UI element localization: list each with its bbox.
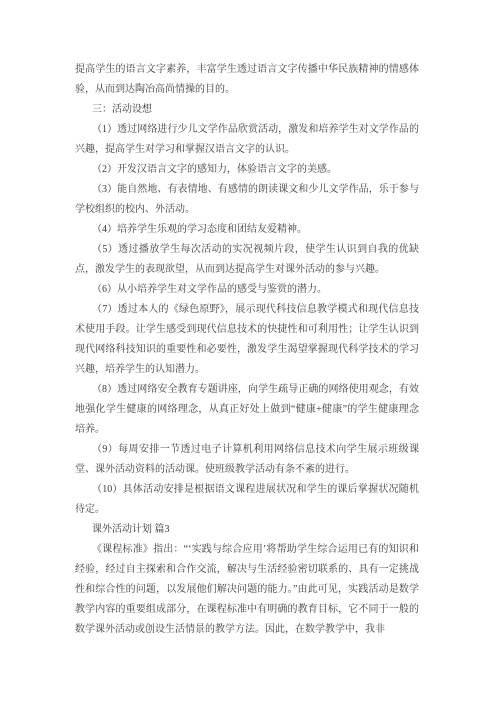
paragraph: （4）培养学生乐观的学习态度和团结友爱精神。 xyxy=(75,220,419,240)
document-body: 提高学生的语言文字素养，丰富学生透过语言文字传播中华民族精神的情感体验，从而到达… xyxy=(75,60,419,640)
paragraph: （7）透过本人的《绿色原野》，展示现代科技信息教学模式和现代信息技术使用手段。让… xyxy=(75,300,419,380)
paragraph: 《课程标准》指出：“‘实践与综合应用’将帮助学生综合运用已有的知识和经验，经过自… xyxy=(75,540,419,640)
paragraph: （10）具体活动安排是根据语文课程进展状况和学生的课后掌握状况随机待定。 xyxy=(75,480,419,520)
paragraph: （3）能自然地、有表情地、有感情的朗读课文和少儿文学作品，乐于参与学校组织的校内… xyxy=(75,180,419,220)
paragraph: （8）透过网络安全教育专题讲座，向学生疏导正确的网络使用观念，有效地强化学生健康… xyxy=(75,380,419,440)
paragraph: （9）每周安排一节透过电子计算机利用网络信息技术向学生展示班级课堂、课外活动资料… xyxy=(75,440,419,480)
paragraph: （2）开发汉语言文字的感知力，体验语言文字的美感。 xyxy=(75,160,419,180)
paragraph: （1）透过网络进行少儿文学作品欣赏活动，激发和培养学生对文学作品的兴趣，提高学生… xyxy=(75,120,419,160)
document-page: 提高学生的语言文字素养，丰富学生透过语言文字传播中华民族精神的情感体验，从而到达… xyxy=(0,0,500,707)
paragraph: 提高学生的语言文字素养，丰富学生透过语言文字传播中华民族精神的情感体验，从而到达… xyxy=(75,60,419,100)
paragraph: 三：活动设想 xyxy=(75,100,419,120)
paragraph: （6）从小培养学生对文学作品的感受与鉴赏的潜力。 xyxy=(75,280,419,300)
paragraph: 课外活动计划 篇3 xyxy=(75,520,419,540)
paragraph: （5）透过播放学生每次活动的实况视频片段，使学生认识到自我的优缺点，激发学生的表… xyxy=(75,240,419,280)
